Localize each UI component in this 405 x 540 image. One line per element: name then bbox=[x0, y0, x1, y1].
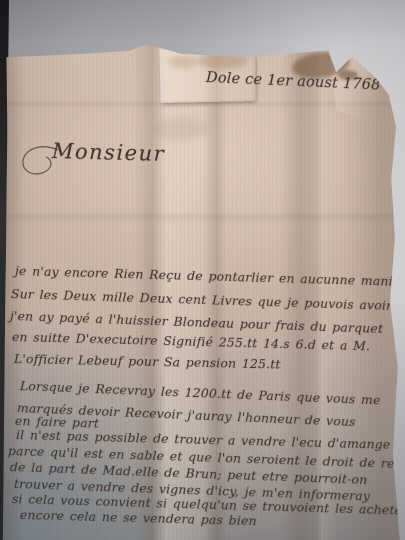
photo-of-letter: Sur les Deux mille Deux cent Livres que … bbox=[0, 0, 405, 540]
letter-paper: Sur les Deux mille Deux cent Livres que … bbox=[0, 0, 405, 540]
salutation: Monsieur bbox=[52, 139, 166, 166]
paper-stain bbox=[150, 118, 210, 140]
paper-stain bbox=[168, 56, 198, 68]
